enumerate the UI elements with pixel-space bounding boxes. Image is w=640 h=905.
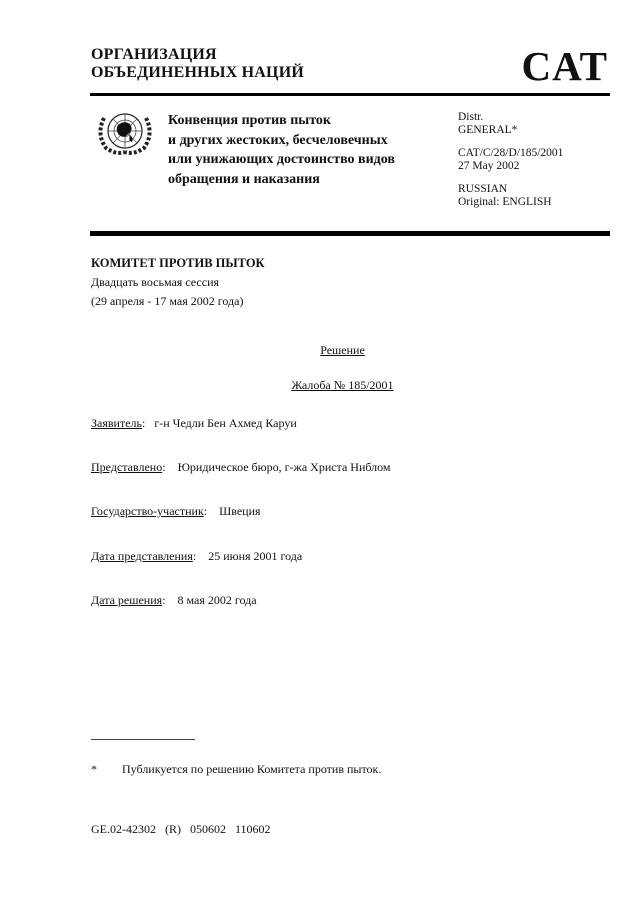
org-line-2: ОБЪЕДИНЕННЫХ НАЦИЙ xyxy=(91,64,304,82)
footnote-marker: * xyxy=(91,762,122,777)
distr-value: GENERAL* xyxy=(458,124,563,137)
un-emblem-icon xyxy=(94,108,156,156)
footnote-text: Публикуется по решению Комитета против п… xyxy=(122,762,381,776)
field-value: 8 мая 2002 года xyxy=(178,593,257,607)
field-complainant: Заявитель: г-н Чедли Бен Ахмед Каруи xyxy=(91,415,297,431)
document-series-symbol: CAT xyxy=(521,44,608,88)
original-language: Original: ENGLISH xyxy=(458,196,563,209)
document-date: 27 May 2002 xyxy=(458,160,563,173)
field-label: Дата представления xyxy=(91,549,193,563)
complaint-number: Жалоба № 185/2001 xyxy=(291,378,393,392)
field-value: Юридическое бюро, г-жа Христа Ниблом xyxy=(178,460,391,474)
distribution-block: Distr. GENERAL* CAT/C/28/D/185/2001 27 M… xyxy=(458,111,563,209)
job-number: GE.02-42302 (R) 050602 110602 xyxy=(91,822,271,837)
footnote: *Публикуется по решению Комитета против … xyxy=(91,762,381,777)
convention-title: Конвенция против пыток и других жестоких… xyxy=(168,111,395,189)
field-decision-date: Дата решения: 8 мая 2002 года xyxy=(91,592,257,608)
field-value: г-н Чедли Бен Ахмед Каруи xyxy=(154,416,296,430)
field-value: Швеция xyxy=(219,504,260,518)
convention-line-4: обращения и наказания xyxy=(168,170,395,190)
complaint-heading: Жалоба № 185/2001 xyxy=(90,378,595,393)
organization-name: ОРГАНИЗАЦИЯ ОБЪЕДИНЕННЫХ НАЦИЙ xyxy=(91,46,304,82)
document-language: RUSSIAN xyxy=(458,183,563,196)
document-symbol: CAT/C/28/D/185/2001 xyxy=(458,147,563,160)
committee-block: КОМИТЕТ ПРОТИВ ПЫТОК Двадцать восьмая се… xyxy=(91,254,265,311)
footnote-separator xyxy=(91,739,195,740)
field-state-party: Государство-участник: Швеция xyxy=(91,503,261,519)
decision-heading: Решение xyxy=(90,343,595,358)
field-label: Дата решения xyxy=(91,593,162,607)
org-line-1: ОРГАНИЗАЦИЯ xyxy=(91,46,304,64)
field-label: Представлено xyxy=(91,460,162,474)
header-bottom-divider xyxy=(90,231,610,236)
committee-name: КОМИТЕТ ПРОТИВ ПЫТОК xyxy=(91,254,265,273)
decision-title: Решение xyxy=(320,343,365,357)
field-label: Заявитель xyxy=(91,416,142,430)
field-represented-by: Представлено: Юридическое бюро, г-жа Хри… xyxy=(91,459,391,475)
field-label: Государство-участник xyxy=(91,504,204,518)
session-name: Двадцать восьмая сессия xyxy=(91,273,265,292)
header-divider xyxy=(90,93,610,96)
session-dates: (29 апреля - 17 мая 2002 года) xyxy=(91,292,265,311)
field-value: 25 июня 2001 года xyxy=(208,549,302,563)
convention-line-2: и других жестоких, бесчеловечных xyxy=(168,131,395,151)
convention-line-1: Конвенция против пыток xyxy=(168,111,395,131)
convention-line-3: или унижающих достоинство видов xyxy=(168,150,395,170)
distr-label: Distr. xyxy=(458,111,563,124)
field-submission-date: Дата представления: 25 июня 2001 года xyxy=(91,548,302,564)
